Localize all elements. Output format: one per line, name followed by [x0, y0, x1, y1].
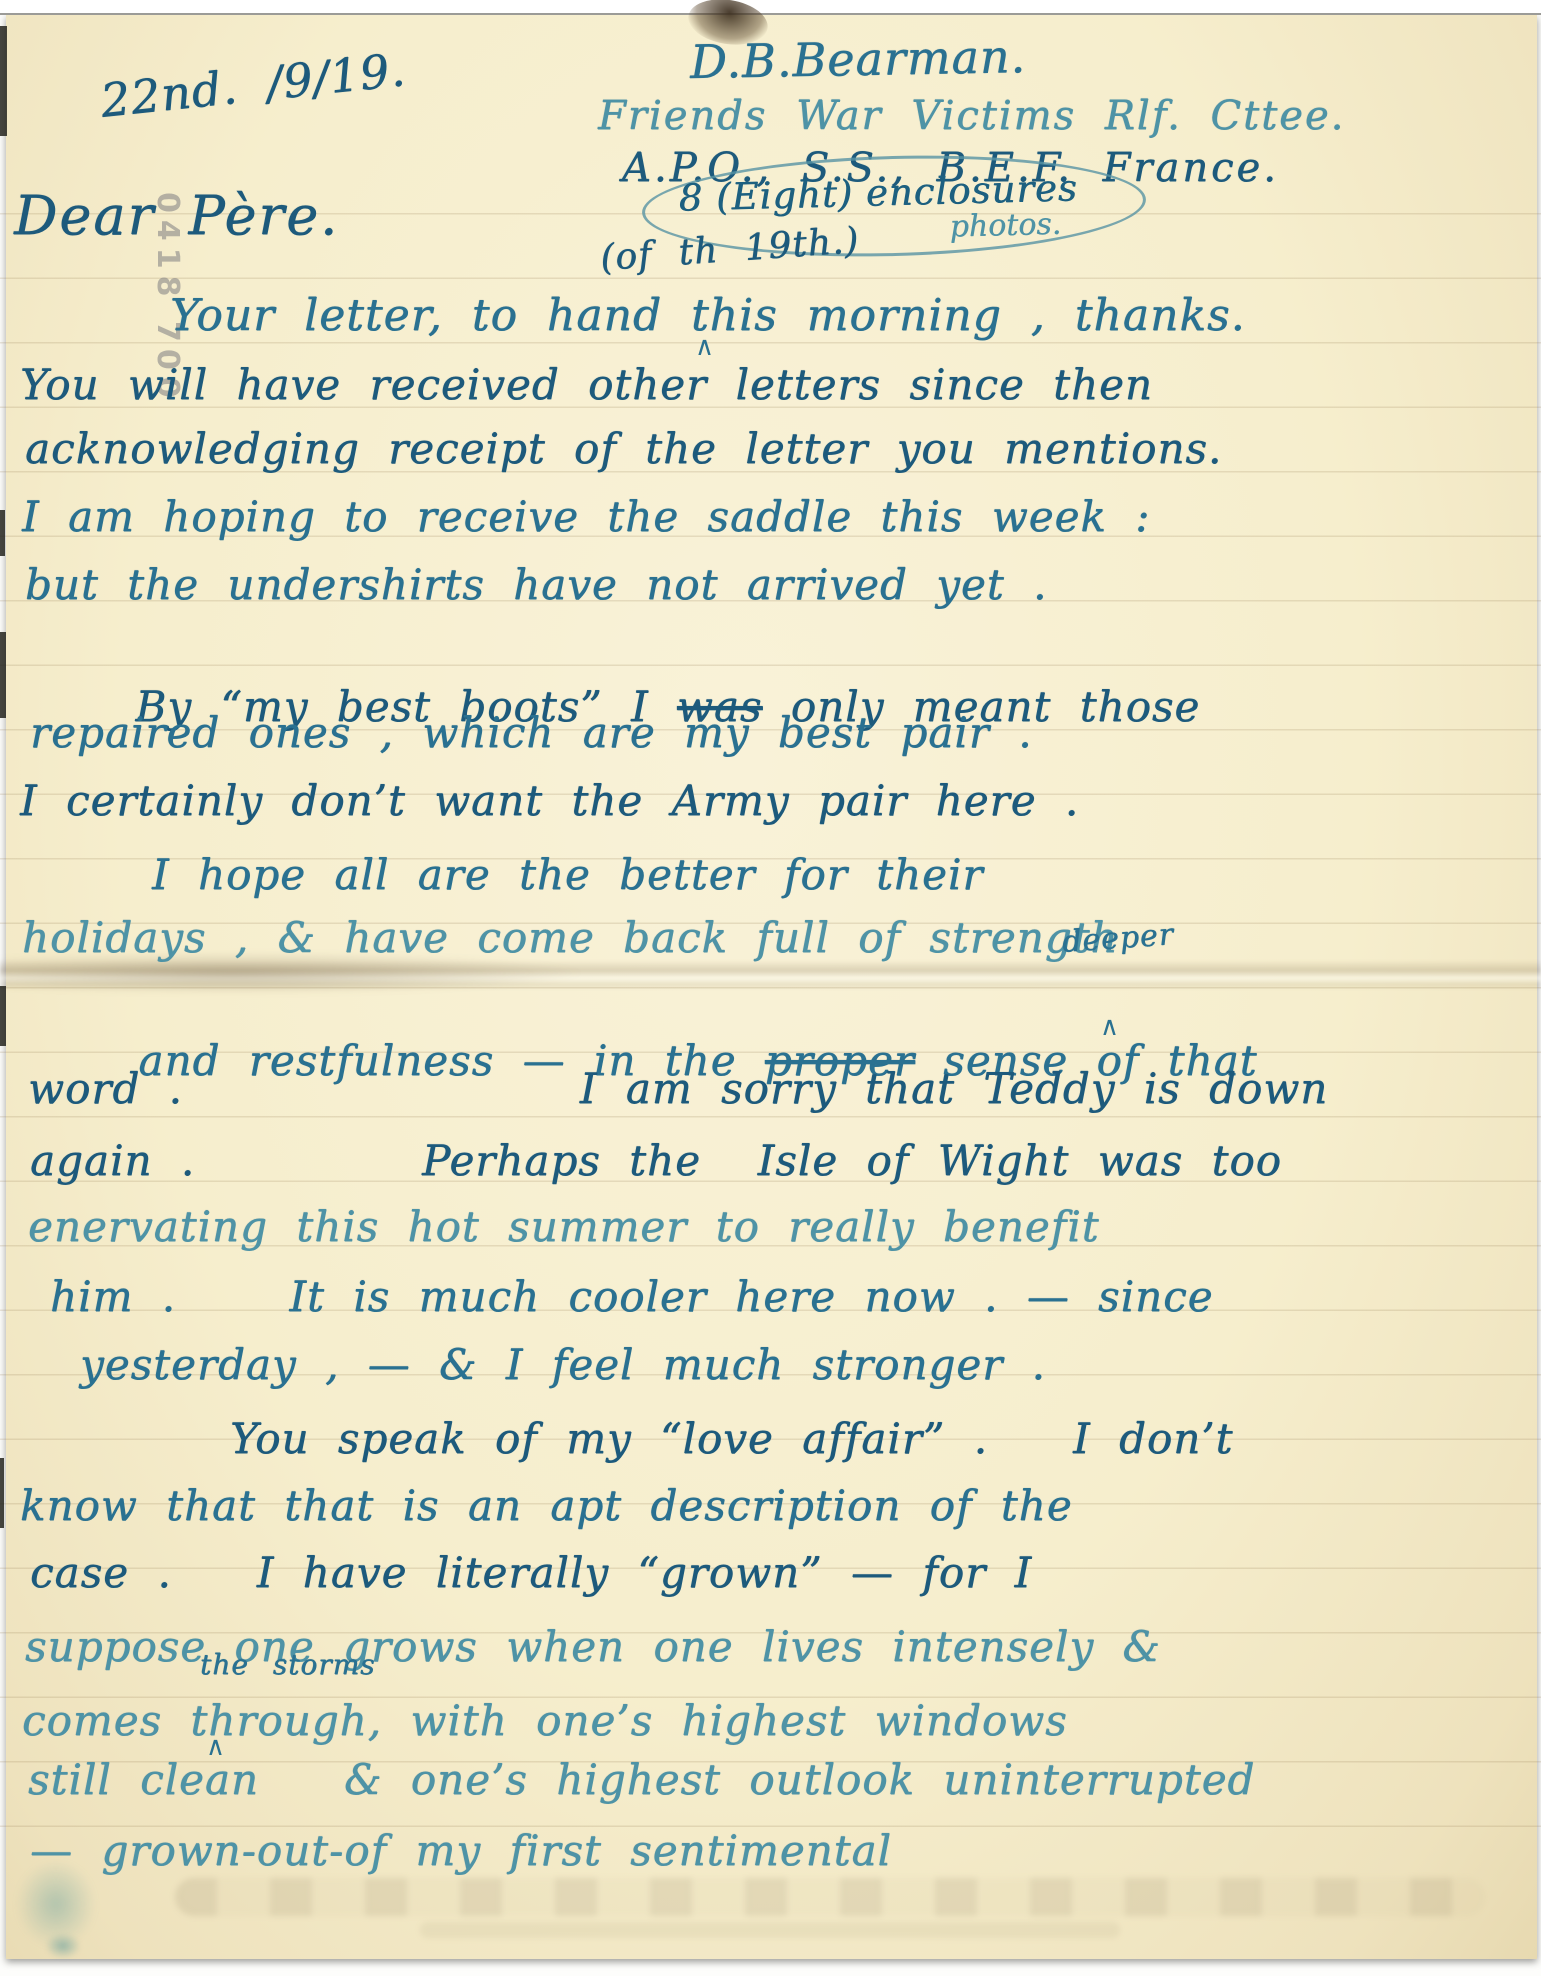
bleed-through-band [175, 1878, 1485, 1916]
edge-mark [0, 632, 6, 718]
letter-line: acknowledging receipt of the letter you … [25, 426, 1222, 472]
letter-line: again . Perhaps the Isle of Wight was to… [30, 1138, 1282, 1184]
edge-mark [0, 26, 7, 136]
deeper-caret: ∧ [1100, 1012, 1119, 1042]
letter-line: enervating this hot summer to really ben… [28, 1204, 1100, 1250]
letter-line: You will have received other letters sin… [20, 362, 1153, 408]
letter-line: I am hoping to receive the saddle this w… [22, 494, 1150, 540]
letter-line: You speak of my “love affair” . I don’t [230, 1416, 1233, 1462]
letter-line: comes through, with one’s highest window… [22, 1698, 1068, 1744]
enclosure-photos-text: photos. [949, 207, 1062, 245]
letter-line: word . I am sorry that Teddy is down [28, 1066, 1328, 1112]
edge-mark [0, 1458, 4, 1528]
edge-mark [0, 986, 6, 1046]
letter-line: but the undershirts have not arrived yet… [25, 562, 1047, 608]
scanner-edge-strip [0, 0, 1541, 15]
letter-line: still clean & one’s highest outlook unin… [28, 1757, 1255, 1803]
salutation: Dear Père. [14, 186, 339, 245]
ink-smudge [46, 1934, 80, 1958]
letter-line: yesterday , — & I feel much stronger . [80, 1342, 1046, 1388]
letter-line: him . It is much cooler here now . — sin… [50, 1274, 1213, 1320]
letter-line: Your letter, to hand this morning , than… [170, 292, 1246, 340]
letter-scan: 0418 700 22nd. /9/19. D.B.Bearman. Frien… [0, 0, 1541, 1976]
edge-mark [0, 510, 5, 556]
bleed-through-band [420, 1922, 1120, 1938]
letter-line: case . I have literally “grown” — for I [30, 1550, 1032, 1596]
letter-line: know that that is an apt description of … [20, 1483, 1073, 1529]
superscript-storms: the storms [200, 1650, 376, 1681]
letter-line: repaired ones , which are my best pair . [30, 710, 1033, 756]
superscript-deeper: deeper [1061, 918, 1175, 959]
letter-line: I hope all are the better for their [152, 852, 983, 898]
letter-line: — grown-out-of my first sentimental [30, 1828, 892, 1874]
letter-line: suppose one grows when one lives intense… [25, 1624, 1161, 1670]
letter-line: I certainly don’t want the Army pair her… [20, 778, 1079, 824]
letter-line: holidays , & have come back full of stre… [22, 915, 1119, 961]
sender-organization: Friends War Victims Rlf. Cttee. [598, 94, 1345, 138]
